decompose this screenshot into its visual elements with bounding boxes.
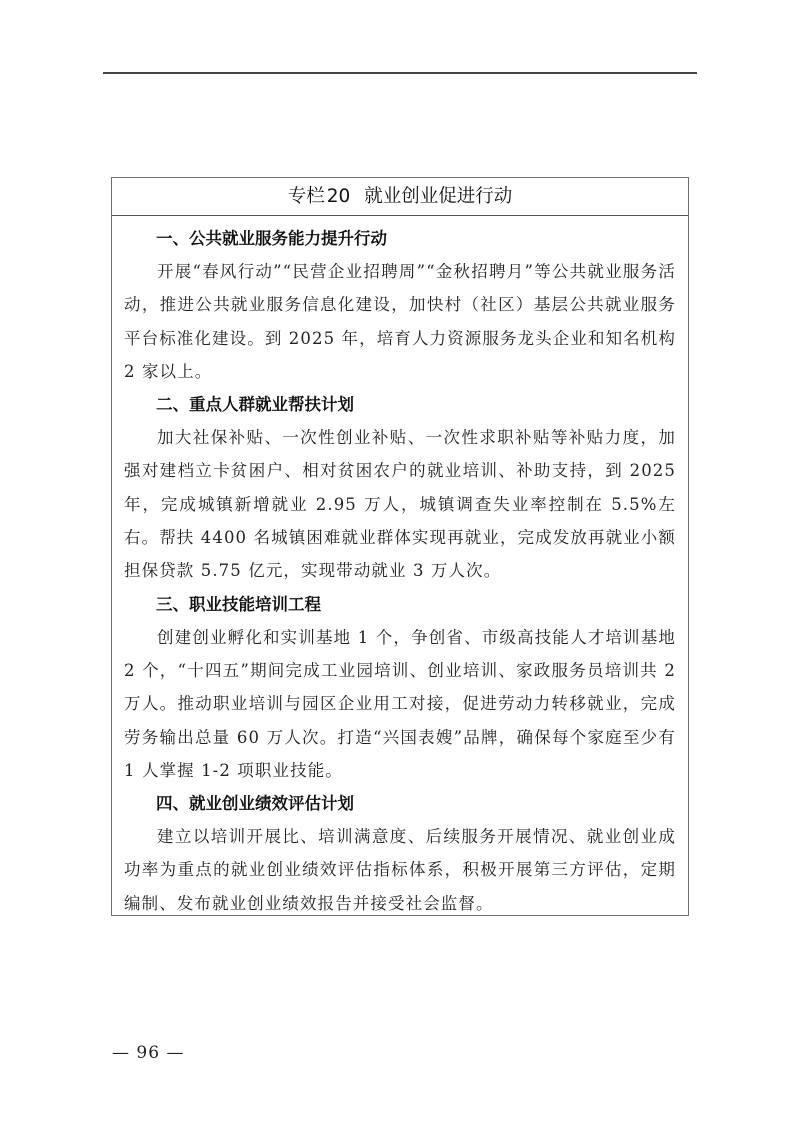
box-content: 一、公共就业服务能力提升行动 开展“春风行动”“民营企业招聘周”“金秋招聘月”等… (112, 216, 688, 920)
feature-box: 专栏20就业创业促进行动 一、公共就业服务能力提升行动 开展“春风行动”“民营企… (111, 177, 689, 916)
section-heading-1: 一、公共就业服务能力提升行动 (124, 222, 676, 255)
header-rule (103, 72, 697, 74)
section-body-3: 创建创业孵化和实训基地 1 个，争创省、市级高技能人才培训基地 2 个，“十四五… (124, 621, 676, 787)
section-heading-3: 三、职业技能培训工程 (124, 588, 676, 621)
box-title-text: 就业创业促进行动 (364, 186, 512, 207)
box-title: 专栏20就业创业促进行动 (112, 178, 688, 216)
section-body-2: 加大社保补贴、一次性创业补贴、一次性求职补贴等补贴力度，加强对建档立卡贫困户、相… (124, 421, 676, 587)
section-body-4: 建立以培训开展比、培训满意度、后续服务开展情况、就业创业成功率为重点的就业创业绩… (124, 820, 676, 920)
page-number: — 96 — (112, 1043, 184, 1063)
box-title-number: 20 (327, 186, 351, 207)
section-body-1: 开展“春风行动”“民营企业招聘周”“金秋招聘月”等公共就业服务活动，推进公共就业… (124, 255, 676, 388)
section-heading-4: 四、就业创业绩效评估计划 (124, 787, 676, 820)
box-title-prefix: 专栏 (288, 186, 325, 207)
section-heading-2: 二、重点人群就业帮扶计划 (124, 388, 676, 421)
